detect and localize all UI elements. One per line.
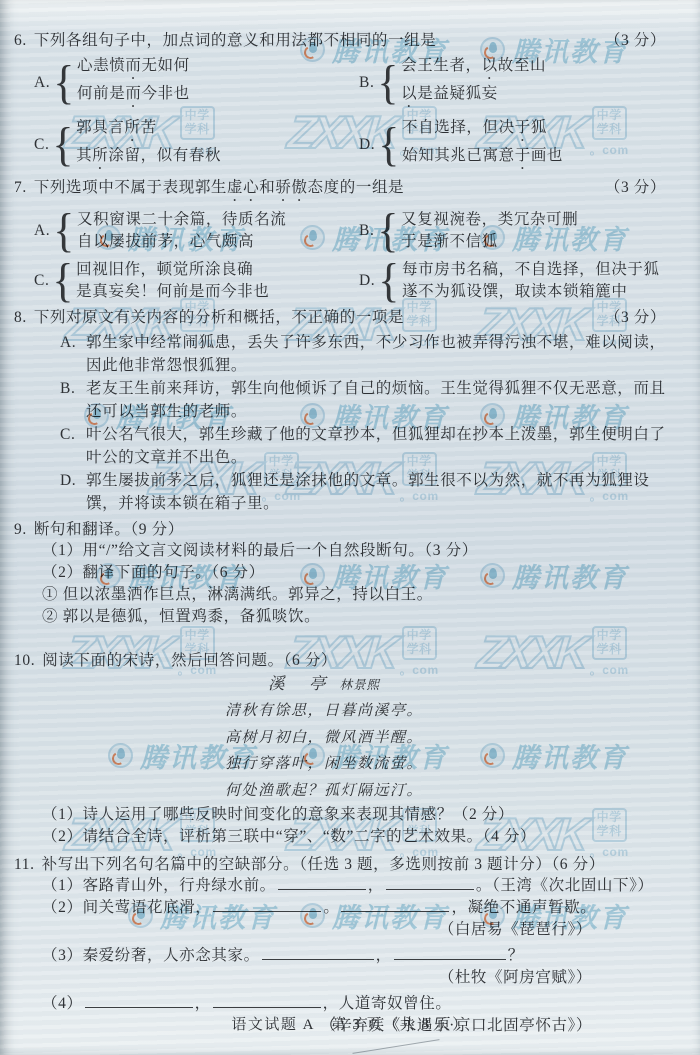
- q8-option-c: C.叶公名气很大，郭生珍藏了他的文章抄本，但狐狸却在抄本上泼墨，郭生便明白了叶公…: [14, 424, 666, 469]
- blank-line: [341, 897, 449, 912]
- q11-number: 11.: [14, 854, 35, 875]
- q7-option-b: B. { 又复视涴卷，类冗杂可删于是渐不信狐: [359, 209, 666, 253]
- brace-glyph: {: [53, 207, 75, 255]
- question-6: 6. 下列各组句子中，加点词的意义和用法都不相同的一组是 （3 分） A. { …: [14, 30, 666, 173]
- option-line: 自以屡拔前茅，心气颇高: [77, 231, 286, 253]
- option-line: 以是益疑狐妄: [401, 83, 546, 111]
- option-line: 于是渐不信狐: [401, 231, 578, 253]
- q8-number: 8.: [14, 307, 27, 328]
- attribution: （白居易《琵琶行》）: [14, 919, 666, 941]
- option-line: 何前是而今非也: [77, 83, 190, 111]
- q10-number: 10.: [14, 650, 35, 671]
- option-label: D.: [359, 136, 375, 154]
- q7-option-a: A. { 又积窗课二十余篇，待质名流自以屡拔前茅，心气颇高: [34, 209, 359, 253]
- option-label: B.: [359, 222, 374, 240]
- q9-number: 9.: [14, 519, 27, 540]
- poem-line: 高树月初白，微风酒半醒。: [14, 725, 634, 752]
- poem-line: 清秋有馀思，日暮尚溪亭。: [14, 698, 634, 725]
- page-footer: 语文试题 A 第 3 页（共 8 页）: [0, 1013, 700, 1034]
- option-line: 其所涂留，似有春秋: [76, 145, 221, 173]
- q6-option-a: A. { 心恚愤而无如何何前是而今非也: [34, 55, 359, 111]
- q11-item-4: （4），，人道寄奴曾住。: [14, 993, 666, 1015]
- q8-stem: 下列对原文有关内容的分析和概括，不正确的一项是: [34, 307, 404, 328]
- q8-option-d: D.郭生屡拔前茅之后，狐狸还是涂抹他的文章。郭生很不以为然，就不再为狐狸设馔，并…: [14, 470, 666, 515]
- question-9: 9. 断句和翻译。（9 分） （1）用“/”给文言文阅读材料的最后一个自然段断句…: [14, 519, 666, 628]
- option-line: 是真妄矣！何前是而今非也: [76, 281, 269, 303]
- blank-line: [386, 875, 474, 890]
- option-line: 心恚愤而无如何: [77, 55, 190, 83]
- question-8: 8. 下列对原文有关内容的分析和概括，不正确的一项是 （3 分） A.郭生家中经…: [14, 307, 666, 515]
- q8-option-b: B.老友王生前来拜访，郭生向他倾诉了自己的烦恼。王生觉得狐狸不仅无恶意，而且还可…: [14, 378, 666, 423]
- q6-number: 6.: [14, 30, 27, 51]
- q7-stem: 下列选项中不属于表现郭生虚心和骄傲态度的一组是: [34, 177, 404, 205]
- option-label: D.: [359, 272, 375, 290]
- q9-sentence-1: ① 但以浓墨洒作巨点，淋漓满纸。郭异之，持以白王。: [14, 584, 666, 606]
- blank-line: [213, 993, 321, 1008]
- q11-item-1: （1）客路青山外，行舟绿水前。，。（王湾《次北固山下》）: [14, 875, 666, 897]
- option-line: 会王生者，以故至山: [401, 55, 546, 83]
- brace-glyph: {: [52, 121, 74, 169]
- option-line: 回视旧作，顿觉所涂良确: [76, 259, 269, 281]
- q7-option-d: D. { 每市房书名稿，不自选择，但决于狐遂不为狐设馔，取读本锁箱簏中: [359, 259, 666, 303]
- option-line: 遂不为狐设馔，取读本锁箱簏中: [402, 281, 660, 303]
- blank-line: [213, 897, 321, 912]
- blank-line: [85, 993, 193, 1008]
- option-line: 又积窗课二十余篇，待质名流: [77, 209, 286, 231]
- option-label: B.: [359, 74, 374, 92]
- q7-option-c: C. { 回视旧作，顿觉所涂良确是真妄矣！何前是而今非也: [34, 259, 359, 303]
- q6-options: A. { 心恚愤而无如何何前是而今非也 B. { 会王生者，以故至山以是益疑狐妄…: [14, 55, 666, 173]
- brace-glyph: {: [53, 59, 75, 107]
- q10-stem: 阅读下面的宋诗，然后回答问题。（6 分）: [42, 650, 337, 671]
- q8-option-a: A.郭生家中经常闹狐患，丢失了许多东西，不少习作也被弄得污浊不堪，难以阅读，因此…: [14, 332, 666, 377]
- brace-glyph: {: [377, 59, 399, 107]
- question-11: 11. 补写出下列名句名篇中的空缺部分。（任选 3 题，多选则按前 3 题计分）…: [14, 854, 666, 1037]
- exam-content: 6. 下列各组句子中，加点词的意义和用法都不相同的一组是 （3 分） A. { …: [0, 0, 700, 1037]
- poem-author: 林景熙: [339, 678, 380, 692]
- question-7: 7. 下列选项中不属于表现郭生虚心和骄傲态度的一组是 （3 分） A. { 又积…: [14, 177, 666, 303]
- brace-glyph: {: [378, 121, 400, 169]
- q7-number: 7.: [14, 177, 27, 198]
- q8-options: A.郭生家中经常闹狐患，丢失了许多东西，不少习作也被弄得污浊不堪，难以阅读，因此…: [14, 332, 666, 515]
- attribution: （王湾《次北固山下》）: [492, 877, 654, 894]
- q6-option-c: C. { 郭具言所苦其所涂留，似有春秋: [34, 117, 359, 173]
- q11-item-2: （2）间关莺语花底滑，。，凝绝不通声暂歇。: [14, 897, 666, 919]
- option-line: 郭具言所苦: [76, 117, 221, 145]
- q6-option-d: D. { 不自选择，但决于狐始知其兆已寓意于画也: [359, 117, 666, 173]
- attribution: （杜牧《阿房宫赋》）: [14, 967, 666, 989]
- brace-glyph: {: [377, 207, 399, 255]
- q6-option-b: B. { 会王生者，以故至山以是益疑狐妄: [359, 55, 666, 111]
- q11-item-3: （3）秦爱纷奢，人亦念其家。，？: [14, 945, 666, 967]
- poem: 溪 亭林景熙 清秋有馀思，日暮尚溪亭。 高树月初白，微风酒半醒。 独行穿落叶，闲…: [14, 671, 634, 804]
- blank-line: [394, 945, 506, 960]
- question-10: 10. 阅读下面的宋诗，然后回答问题。（6 分） 溪 亭林景熙 清秋有馀思，日暮…: [14, 650, 666, 848]
- section-gap: [14, 628, 666, 650]
- q7-score: （3 分）: [605, 177, 666, 198]
- q9-sub1: （1）用“/”给文言文阅读材料的最后一个自然段断句。（3 分）: [14, 540, 666, 562]
- q10-sub1: （1）诗人运用了哪些反映时间变化的意象来表现其情感？（2 分）: [14, 804, 666, 826]
- poem-title: 溪 亭: [268, 674, 330, 693]
- exam-page-scan: 腾讯教育腾讯教育ZXXK中学学科。comZXXK中学学科。comZXXK中学学科…: [0, 0, 700, 1055]
- q10-sub2: （2）请结合全诗，评析第三联中“穿”、“数”二字的艺术效果。（4 分）: [14, 826, 666, 848]
- q9-sub2: （2）翻译下面的句子。（6 分）: [14, 562, 666, 584]
- q9-sentence-2: ② 郭以是德狐，恒置鸡黍，备狐啖饮。: [14, 606, 666, 628]
- q7-options: A. { 又积窗课二十余篇，待质名流自以屡拔前茅，心气颇高 B. { 又复视涴卷…: [14, 209, 666, 303]
- option-line: 始知其兆已寓意于画也: [402, 145, 563, 173]
- option-line: 不自选择，但决于狐: [402, 117, 563, 145]
- q6-stem: 下列各组句子中，加点词的意义和用法都不相同的一组是: [34, 30, 437, 51]
- option-label: A.: [34, 74, 50, 92]
- option-line: 每市房书名稿，不自选择，但决于狐: [402, 259, 660, 281]
- q8-score: （3 分）: [605, 307, 666, 328]
- q9-stem: 断句和翻译。（9 分）: [34, 519, 184, 540]
- option-line: 又复视涴卷，类冗杂可删: [401, 209, 578, 231]
- option-label: C.: [34, 272, 49, 290]
- scan-scratch-artifact: [352, 1039, 439, 1054]
- blank-line: [278, 875, 366, 890]
- brace-glyph: {: [52, 257, 74, 305]
- blank-line: [262, 945, 374, 960]
- poem-line: 独行穿落叶，闲坐数流萤。: [14, 751, 634, 778]
- q6-score: （3 分）: [605, 30, 666, 51]
- option-label: C.: [34, 136, 49, 154]
- q11-stem: 补写出下列名句名篇中的空缺部分。（任选 3 题，多选则按前 3 题计分）（6 分…: [42, 854, 605, 875]
- option-label: A.: [34, 222, 50, 240]
- brace-glyph: {: [378, 257, 400, 305]
- poem-title-line: 溪 亭林景熙: [14, 671, 634, 698]
- poem-line: 何处渔歌起？孤灯隔远汀。: [14, 778, 634, 805]
